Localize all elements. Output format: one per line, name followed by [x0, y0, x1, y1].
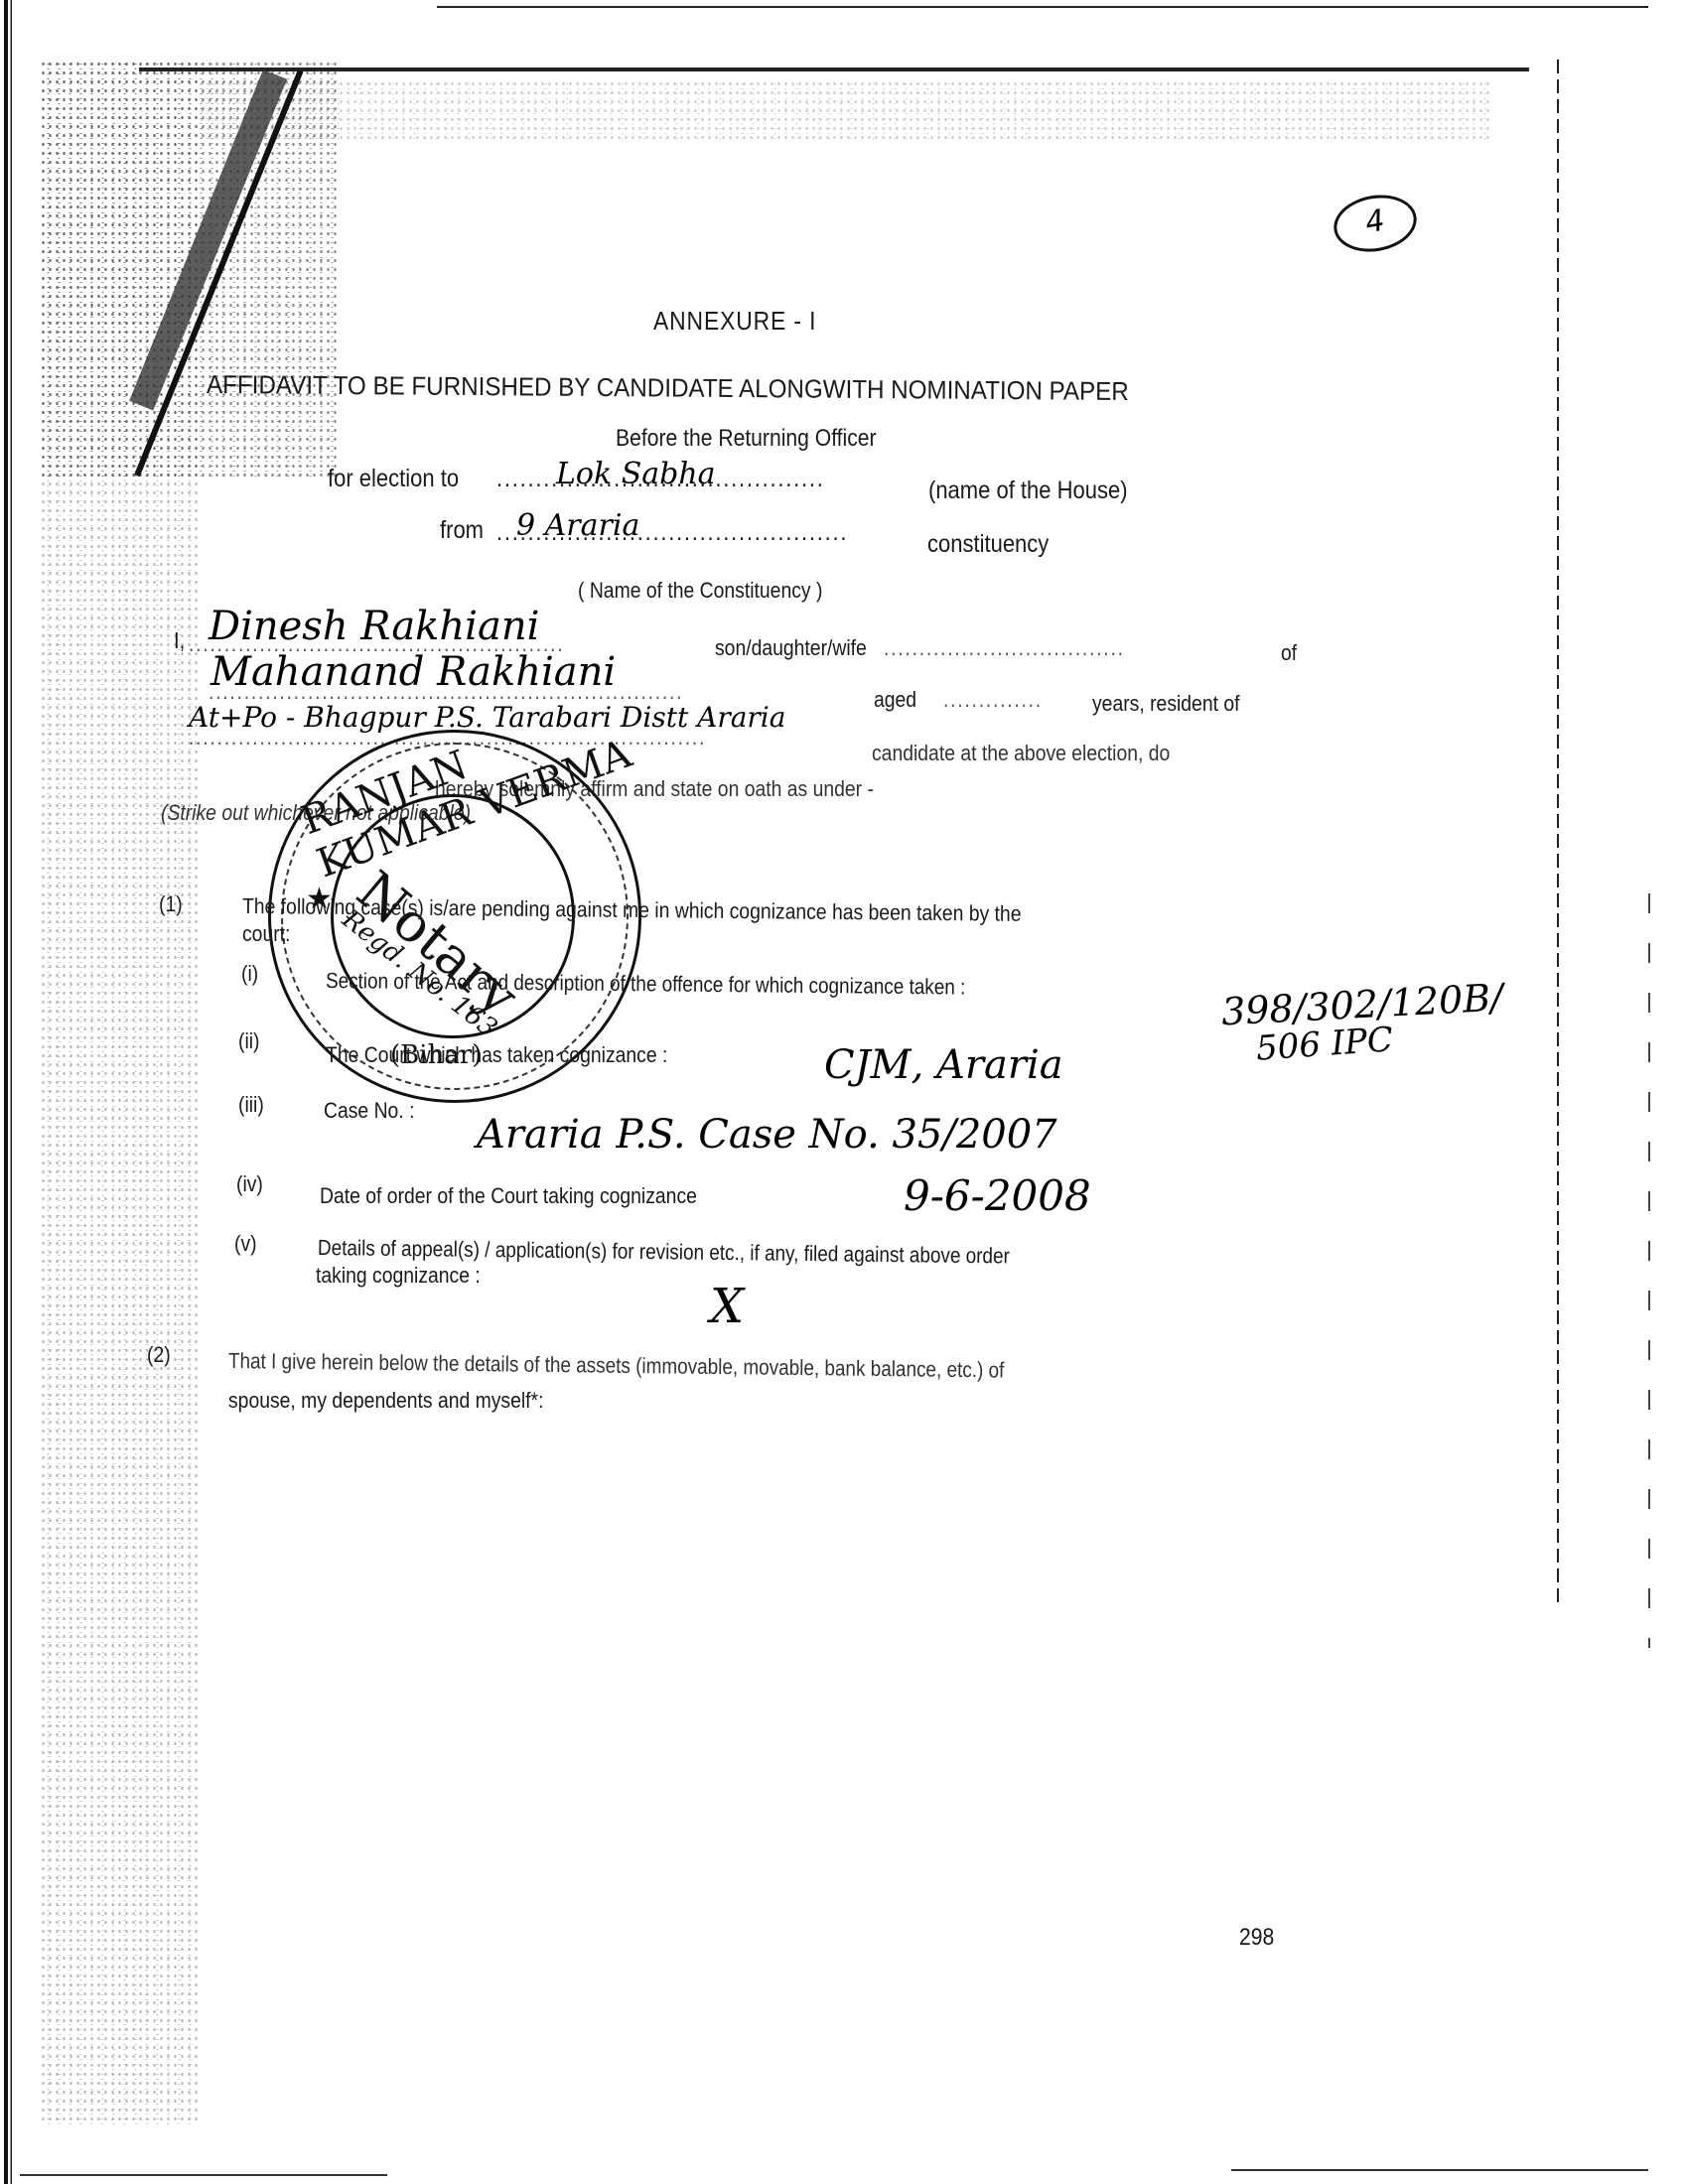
section-1-intro-cont: court:	[242, 921, 290, 947]
deponent-name-handwritten: Dinesh Rakhiani	[209, 604, 539, 649]
affidavit-heading: AFFIDAVIT TO BE FURNISHED BY CANDIDATE A…	[207, 369, 1129, 407]
candidate-line: candidate at the above election, do	[872, 741, 1170, 766]
circled-page-marker: 4	[1330, 189, 1421, 258]
item-ii-label: The Court which has taken cognizance :	[326, 1042, 667, 1068]
of-label: of	[1281, 640, 1297, 666]
deponent-prefix: I,	[174, 627, 185, 654]
annexure-title: ANNEXURE - I	[653, 306, 816, 337]
section-2-number: (2)	[147, 1342, 171, 1368]
scanned-affidavit-page: 4 ANNEXURE - I AFFIDAVIT TO BE FURNISHED…	[0, 0, 1684, 2184]
section-2-line2: spouse, my dependents and myself*:	[228, 1388, 543, 1414]
scan-noise	[199, 79, 1489, 139]
house-name-caption: (name of the House)	[928, 477, 1128, 505]
constituency-label: constituency	[927, 530, 1049, 559]
address-handwritten: At+Po - Bhagpur P.S. Tarabari Distt Arar…	[189, 701, 785, 734]
item-iii-label: Case No. :	[324, 1098, 414, 1124]
item-v-number: (v)	[234, 1231, 257, 1257]
item-i-number: (i)	[241, 961, 258, 987]
item-ii-number: (ii)	[238, 1028, 260, 1054]
dotted-leader: ..................................	[884, 635, 1125, 661]
page-number: 298	[1239, 1924, 1274, 1952]
scan-bottom-rule	[1231, 2169, 1648, 2171]
page-right-edge	[1557, 60, 1559, 1608]
relation-label: son/daughter/wife	[715, 635, 867, 661]
scan-edge	[4, 0, 14, 2184]
section-1-number: (1)	[159, 891, 183, 917]
offence-sections-handwritten-cont: 506 IPC	[1255, 1020, 1394, 1069]
constituency-handwritten: 9 Araria	[516, 508, 639, 543]
parent-name-handwritten: Mahanand Rakhiani	[210, 649, 616, 695]
before-returning-officer: Before the Returning Officer	[616, 425, 877, 453]
cognizance-date-handwritten: 9-6-2008	[904, 1171, 1091, 1220]
scan-bottom-rule	[20, 2174, 387, 2176]
page-marker-text: 4	[1333, 199, 1416, 246]
aged-label: aged	[874, 687, 916, 713]
appeal-details-handwritten: X	[710, 1279, 744, 1334]
years-resident-label: years, resident of	[1092, 691, 1240, 717]
court-handwritten: CJM, Araria	[824, 1042, 1063, 1088]
item-iv-number: (iv)	[236, 1171, 263, 1197]
item-v-label-cont: taking cognizance :	[316, 1263, 481, 1289]
from-label: from	[440, 516, 484, 545]
house-name-handwritten: Lok Sabha	[556, 457, 716, 491]
constituency-caption: ( Name of the Constituency )	[578, 578, 822, 604]
section-2-line1: That I give herein below the details of …	[228, 1348, 1005, 1384]
scan-top-rule	[437, 6, 1648, 8]
page-right-edge	[1648, 893, 1650, 1648]
item-iii-number: (iii)	[238, 1092, 264, 1118]
dotted-leader: ..............	[943, 687, 1043, 713]
page-fold-line	[139, 68, 1529, 71]
election-to-label: for election to	[328, 465, 459, 493]
case-number-handwritten: Araria P.S. Case No. 35/2007	[477, 1112, 1057, 1158]
item-iv-label: Date of order of the Court taking cogniz…	[320, 1183, 697, 1209]
